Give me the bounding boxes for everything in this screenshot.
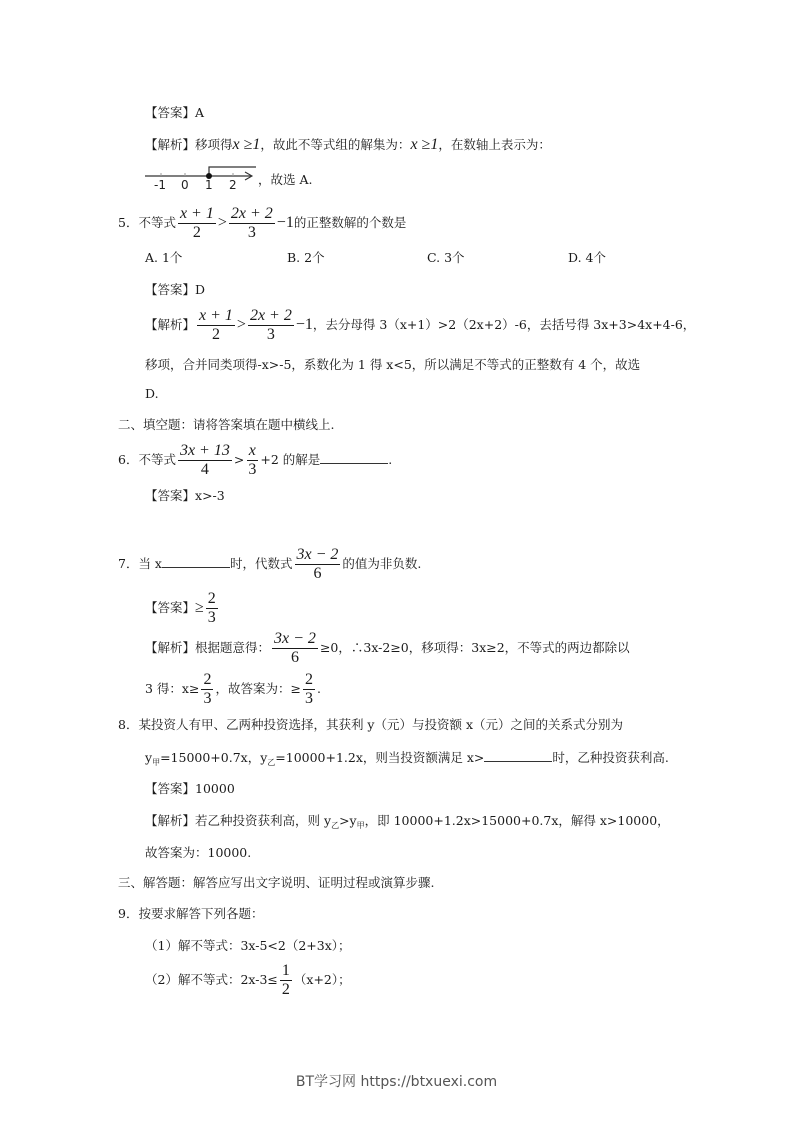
q5-analysis-line1: 【解析】x + 12>2x + 23−1，去分母得 3（x+1）>2（2x+2）… [145,302,695,348]
analysis-label: 【解析】 [145,317,195,332]
operator: −1 [296,316,313,333]
numerator: 2 [303,671,315,690]
q5-analysis-line3: D. [145,386,159,402]
punctuation: . [317,681,321,696]
option-b: B. 2个 [287,250,325,266]
q8-answer: 【答案】10000 [145,781,235,797]
q9-part1: （1）解不等式：3x-5<2（2+3x）； [145,938,351,954]
denominator: 3 [246,224,258,242]
denominator: 6 [311,565,323,583]
numerator: 2 [206,590,218,609]
q4-analysis: 【解析】移项得x ≥1，故此不等式组的解集为：x ≥1，在数轴上表示为： [145,137,551,153]
punctuation: . [388,452,392,467]
fraction: 2x + 23 [248,307,294,344]
fraction: x3 [246,442,258,479]
answer-label: 【答案】 [145,781,195,796]
analysis-text: 根据题意得： [195,640,270,655]
question-text: 的正整数解的个数是 [294,215,407,230]
q9-part2: （2）解不等式：2x-3≤12（x+2）； [145,957,351,1003]
analysis-text: ，故答案为：≥ [215,681,300,696]
fraction: 3x − 26 [272,630,318,667]
numerator: 2x + 2 [229,205,275,224]
answer-label: 【答案】 [145,282,195,297]
numerator: 2 [201,671,213,690]
text: =10000+1.2x，则当投资额满足 x> [275,750,484,765]
tick-label: 0 [181,178,189,192]
q7-analysis-line1: 【解析】根据题意得：3x − 26≥0，∴3x-2≥0，移项得：3x≥2，不等式… [145,625,630,671]
analysis-text: ，故此不等式组的解集为： [260,137,410,152]
denominator: 3 [265,326,277,344]
q4-answer: 【答案】A [145,105,204,121]
option-d: D. 4个 [568,250,606,266]
operator: > [234,452,244,467]
answer-value: x>-3 [195,488,225,503]
fraction: 23 [303,671,315,708]
text: 若乙种投资获利高，则 y [195,813,331,828]
denominator: 4 [199,461,211,479]
option-c: C. 3个 [427,250,465,266]
analysis-text: ，去分母得 3（x+1）>2（2x+2）-6，去括号得 3x+3>4x+4-6， [313,317,695,332]
fraction: x + 12 [178,205,216,242]
analysis-text: ，在数轴上表示为： [438,137,551,152]
numerator: 3x + 13 [178,442,232,461]
q5-stem: 5．不等式x + 12>2x + 23−1的正整数解的个数是 [118,200,406,246]
fraction: 23 [201,671,213,708]
q8-stem-line2: y甲=15000+0.7x，y乙=10000+1.2x，则当投资额满足 x>时，… [145,749,669,771]
operator: −1 [277,214,294,231]
question-number: 5．不等式 [118,215,176,230]
footer-watermark: BT学习网 https://btxuexi.com [0,1071,793,1091]
denominator: 2 [210,326,222,344]
numerator: x + 1 [197,307,235,326]
answer-value: D [195,282,205,297]
answer-blank [320,451,388,464]
section-2-title: 二、填空题：请将答案填在题中横线上. [118,417,334,433]
subscript: 甲 [357,821,365,830]
answer-blank [162,555,230,568]
analysis-text: 3 得：x≥ [145,681,199,696]
answer-value: 10000 [195,781,235,796]
subscript: 甲 [152,758,160,767]
text: （2）解不等式：2x-3≤ [145,972,278,987]
analysis-text: ≥0，∴3x-2≥0，移项得：3x≥2，不等式的两边都除以 [320,640,630,655]
operator: ≥ [195,599,204,616]
text: （x+2）； [294,972,351,987]
q5-analysis-line2: 移项，合并同类项得-x>-5，系数化为 1 得 x<5，所以满足不等式的正整数有… [145,357,640,373]
numline-conclusion: ，故选 A. [258,172,312,188]
tick-label: 1 [205,178,213,192]
q5-answer: 【答案】D [145,282,205,298]
numerator: 3x − 2 [295,546,341,565]
text: y [145,750,152,765]
q7-stem: 7．当 x时，代数式3x − 26的值为非负数. [118,541,421,587]
inequality: x ≥1 [233,136,261,153]
analysis-label: 【解析】 [145,640,195,655]
analysis-label: 【解析】 [145,813,195,828]
question-number: 7．当 x [118,556,162,571]
analysis-label: 【解析】 [145,137,195,152]
answer-label: 【答案】 [145,105,195,120]
denominator: 3 [201,690,213,708]
question-number: 6．不等式 [118,452,176,467]
answer-label: 【答案】 [145,488,195,503]
answer-blank [484,749,552,762]
section-3-title: 三、解答题：解答应写出文字说明、证明过程或演算步骤. [118,875,434,891]
q6-answer: 【答案】x>-3 [145,488,225,504]
answer-label: 【答案】 [145,600,195,615]
q8-analysis-line1: 【解析】若乙种投资获利高，则 y乙>y甲，即 10000+1.2x>15000+… [145,813,670,834]
text: >y [339,813,357,828]
fraction: 3x + 134 [178,442,232,479]
q7-analysis-line2: 3 得：x≥23，故答案为：≥23. [145,666,321,712]
inequality: x ≥1 [410,136,438,153]
subscript: 乙 [331,821,339,830]
text: 时，乙种投资获利高. [552,750,668,765]
denominator: 2 [191,224,203,242]
fraction: 2x + 23 [229,205,275,242]
analysis-text: 移项得 [195,137,233,152]
numerator: x + 1 [178,205,216,224]
text: =15000+0.7x，y [160,750,267,765]
operator: > [218,214,227,231]
fraction: 12 [280,962,292,999]
fraction: 3x − 26 [295,546,341,583]
option-a: A. 1个 [145,250,182,266]
q6-stem: 6．不等式3x + 134>x3+2 的解是. [118,437,392,483]
operator: > [237,316,246,333]
text: ，即 10000+1.2x>15000+0.7x，解得 x>10000， [365,813,670,828]
question-text: 时，代数式 [230,556,293,571]
question-text: +2 的解是 [260,452,320,467]
q9-stem: 9．按要求解答下列各题： [118,906,263,922]
numerator: 1 [280,962,292,981]
tick-label: -1 [154,178,166,192]
numerator: 2x + 2 [248,307,294,326]
q8-stem-line1: 8．某投资人有甲、乙两种投资选择，其获利 y（元）与投资额 x（元）之间的关系式… [118,717,623,733]
denominator: 2 [280,981,292,999]
denominator: 3 [246,461,258,479]
question-text: 的值为非负数. [342,556,421,571]
q8-analysis-line2: 故答案为：10000. [145,845,251,861]
fraction: 23 [206,590,218,627]
numerator: 3x − 2 [272,630,318,649]
tick-label: 2 [229,178,237,192]
denominator: 3 [303,690,315,708]
answer-value: A [195,105,204,120]
number-line-diagram: -1 0 1 2 [143,165,263,193]
fraction: x + 12 [197,307,235,344]
numerator: x [247,442,258,461]
denominator: 6 [289,649,301,667]
